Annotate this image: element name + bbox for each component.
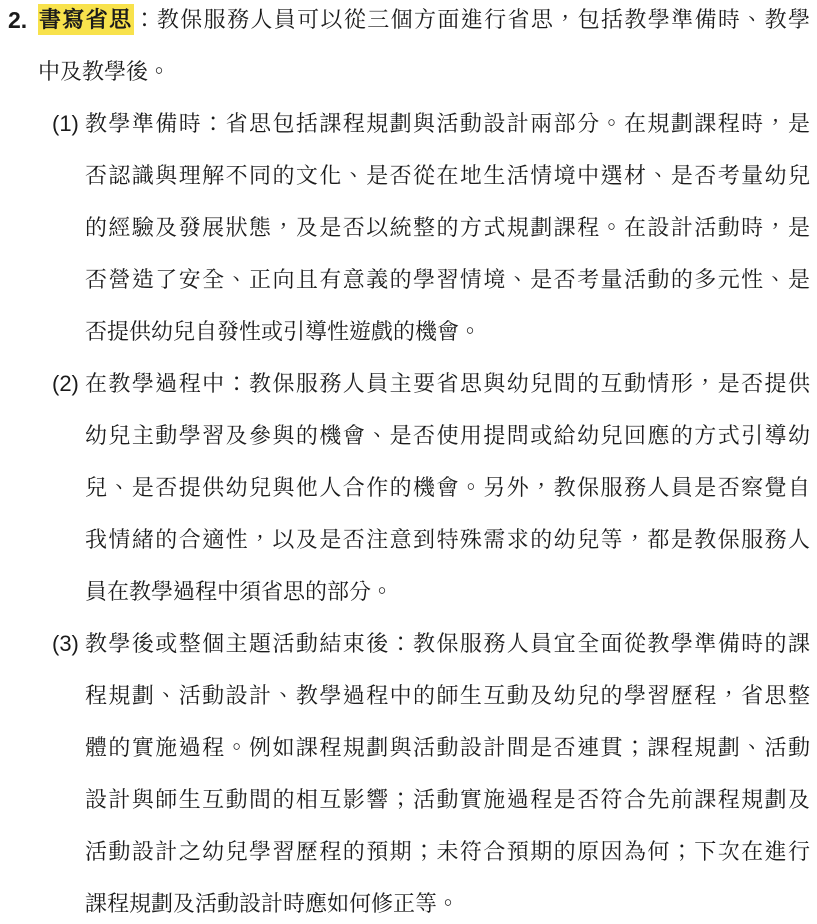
paragraph-text-run: ：教保服務人員可以從三個方面進行省思，包括教學準備時、教學 <box>134 7 810 32</box>
list-item-content: 書寫省思：教保服務人員可以從三個方面進行省思，包括教學準備時、教學 中及教學後。 <box>38 0 810 98</box>
highlighted-term: 書寫省思 <box>38 4 134 35</box>
text-line: 程規劃、活動設計、教學過程中的師生互動及幼兒的學習歷程，省思整 <box>85 670 810 722</box>
sub-item-content: 教學準備時：省思包括課程規劃與活動設計兩部分。在規劃課程時，是否認識與理解不同的… <box>85 98 810 358</box>
text-line: 課程規劃及活動設計時應如何修正等。 <box>85 878 810 924</box>
text-line: 的經驗及發展狀態，及是否以統整的方式規劃課程。在設計活動時，是 <box>85 202 810 254</box>
document-page: 2. 書寫省思：教保服務人員可以從三個方面進行省思，包括教學準備時、教學 中及教… <box>0 0 817 918</box>
sub-item-content: 在教學過程中：教保服務人員主要省思與幼兒間的互動情形，是否提供幼兒主動學習及參與… <box>85 358 810 618</box>
sub-item-number: (1) <box>52 98 85 358</box>
text-line: 員在教學過程中須省思的部分。 <box>85 566 810 618</box>
text-line: 否營造了安全、正向且有意義的學習情境、是否考量活動的多元性、是 <box>85 254 810 306</box>
sub-list-item: (2)在教學過程中：教保服務人員主要省思與幼兒間的互動情形，是否提供幼兒主動學習… <box>52 358 810 618</box>
sub-list-item: (1)教學準備時：省思包括課程規劃與活動設計兩部分。在規劃課程時，是否認識與理解… <box>52 98 810 358</box>
text-line: 兒、是否提供幼兒與他人合作的機會。另外，教保服務人員是否察覺自 <box>85 462 810 514</box>
text-line: 活動設計之幼兒學習歷程的預期；未符合預期的原因為何；下次在進行 <box>85 826 810 878</box>
text-line: 我情緒的合適性，以及是否注意到特殊需求的幼兒等，都是教保服務人 <box>85 514 810 566</box>
text-line: 體的實施過程。例如課程規劃與活動設計間是否連貫；課程規劃、活動 <box>85 722 810 774</box>
text-line: 設計與師生互動間的相互影響；活動實施過程是否符合先前課程規劃及 <box>85 774 810 826</box>
sub-list-item: (3)教學後或整個主題活動結束後：教保服務人員宜全面從教學準備時的課程規劃、活動… <box>52 618 810 924</box>
text-line: 否提供幼兒自發性或引導性遊戲的機會。 <box>85 306 810 358</box>
text-line: 幼兒主動學習及參與的機會、是否使用提問或給幼兒回應的方式引導幼 <box>85 410 810 462</box>
list-item-number: 2. <box>0 0 38 98</box>
sub-item-number: (3) <box>52 618 85 924</box>
text-line: 中及教學後。 <box>38 46 810 98</box>
paragraph-continuation: 中及教學後。 <box>38 46 810 98</box>
text-line: 教學準備時：省思包括課程規劃與活動設計兩部分。在規劃課程時，是 <box>85 98 810 150</box>
text-line: 否認識與理解不同的文化、是否從在地生活情境中選材、是否考量幼兒 <box>85 150 810 202</box>
text-line: 教學後或整個主題活動結束後：教保服務人員宜全面從教學準備時的課 <box>85 618 810 670</box>
sub-item-number: (2) <box>52 358 85 618</box>
list-item-2: 2. 書寫省思：教保服務人員可以從三個方面進行省思，包括教學準備時、教學 中及教… <box>0 0 810 98</box>
sub-item-list: (1)教學準備時：省思包括課程規劃與活動設計兩部分。在規劃課程時，是否認識與理解… <box>0 98 810 924</box>
paragraph-first-line: 書寫省思：教保服務人員可以從三個方面進行省思，包括教學準備時、教學 <box>38 0 810 46</box>
text-line: 在教學過程中：教保服務人員主要省思與幼兒間的互動情形，是否提供 <box>85 358 810 410</box>
sub-item-content: 教學後或整個主題活動結束後：教保服務人員宜全面從教學準備時的課程規劃、活動設計、… <box>85 618 810 924</box>
